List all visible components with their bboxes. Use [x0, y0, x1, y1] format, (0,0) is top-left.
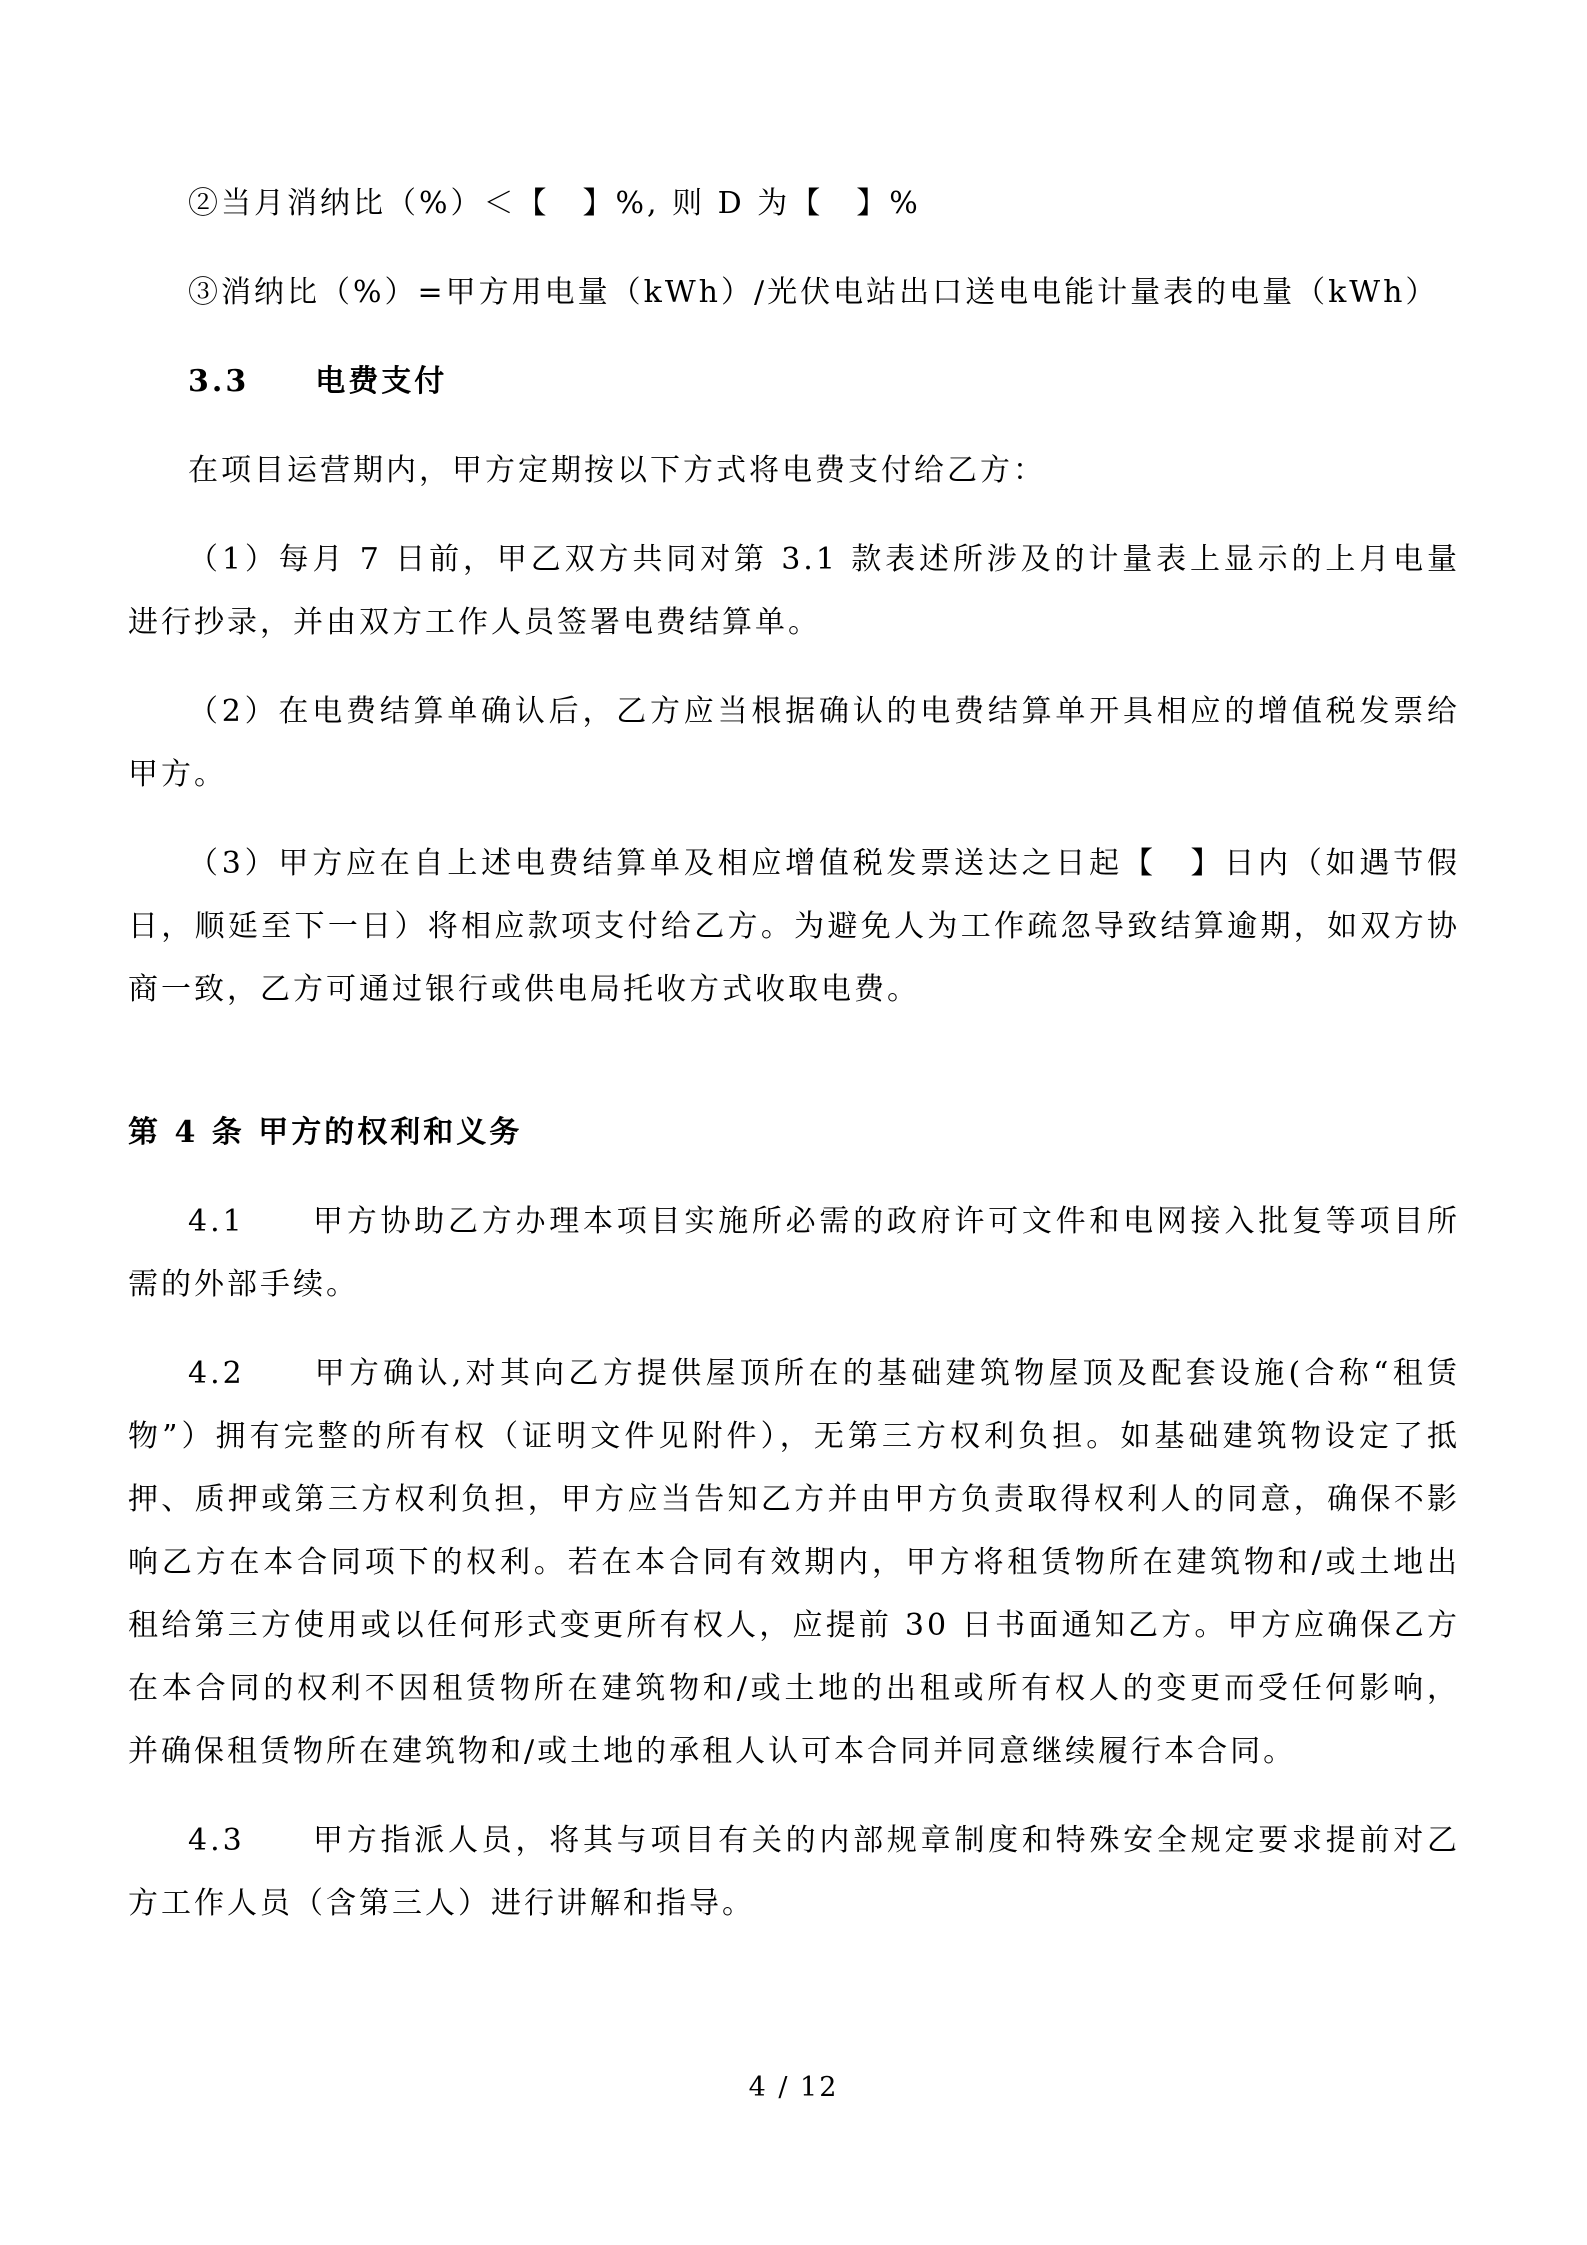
payment-intro-paragraph: 在项目运营期内，甲方定期按以下方式将电费支付给乙方：	[128, 439, 1460, 502]
formula-consumption-ratio-definition: ③消纳比（%）=甲方用电量（kWh）/光伏电站出口送电电能计量表的电量（kWh）	[128, 261, 1460, 324]
clause-4-3: 4.3 甲方指派人员，将其与项目有关的内部规章制度和特殊安全规定要求提前对乙方工…	[128, 1809, 1460, 1935]
document-content: ②当月消纳比（%）＜【 】%, 则 D 为【 】% ③消纳比（%）=甲方用电量（…	[128, 172, 1460, 1961]
article-4-heading: 第 4 条 甲方的权利和义务	[128, 1101, 1460, 1164]
section-3-3-heading: 3.3 电费支付	[128, 350, 1460, 413]
payment-item-2: （2）在电费结算单确认后，乙方应当根据确认的电费结算单开具相应的增值税发票给甲方…	[128, 680, 1460, 806]
clause-4-1: 4.1 甲方协助乙方办理本项目实施所必需的政府许可文件和电网接入批复等项目所需的…	[128, 1190, 1460, 1316]
payment-item-1: （1）每月 7 日前，甲乙双方共同对第 3.1 款表述所涉及的计量表上显示的上月…	[128, 528, 1460, 654]
formula-monthly-consumption-ratio: ②当月消纳比（%）＜【 】%, 则 D 为【 】%	[128, 172, 1460, 235]
page-number: 4 / 12	[0, 2072, 1587, 2103]
clause-4-2: 4.2 甲方确认,对其向乙方提供屋顶所在的基础建筑物屋顶及配套设施(合称“租赁物…	[128, 1342, 1460, 1783]
document-page: ②当月消纳比（%）＜【 】%, 则 D 为【 】% ③消纳比（%）=甲方用电量（…	[0, 0, 1587, 2245]
payment-item-3: （3）甲方应在自上述电费结算单及相应增值税发票送达之日起【 】日内（如遇节假日，…	[128, 832, 1460, 1021]
